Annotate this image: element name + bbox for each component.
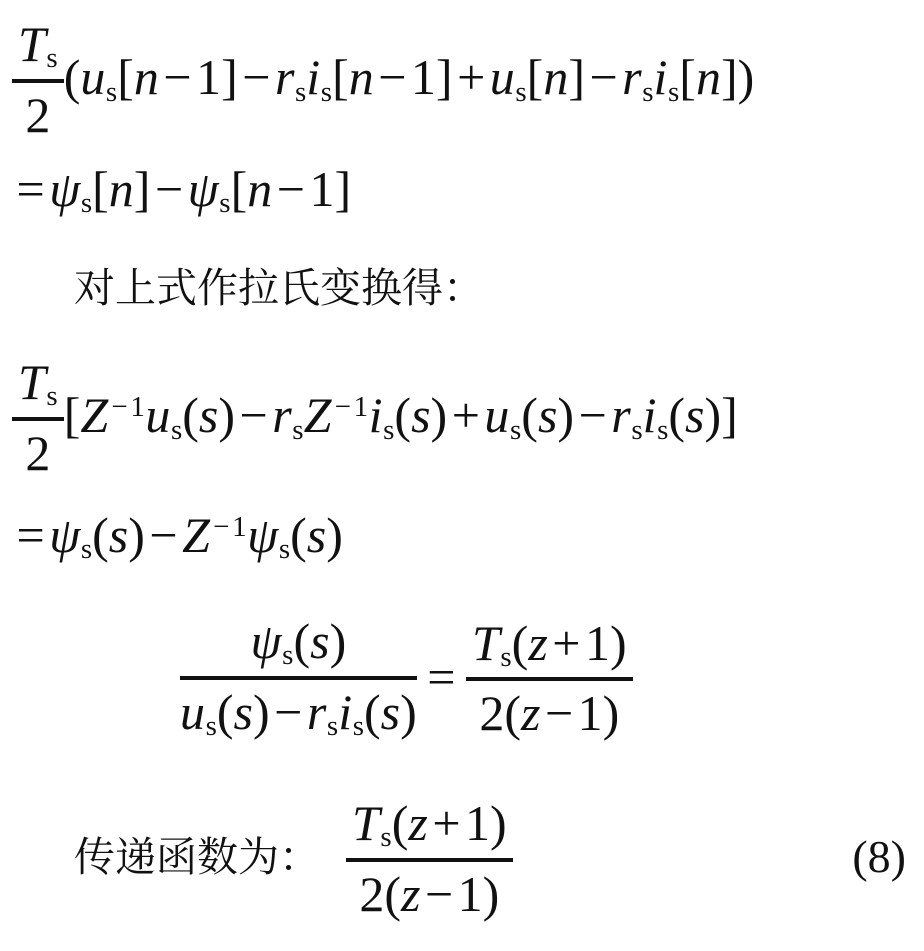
fraction-denominator: 2 [12, 421, 64, 481]
math-expression: =ψs(s)−Z−1ψs(s) [12, 505, 343, 567]
fraction-denominator: 2(z−1) [466, 681, 633, 741]
fraction-denominator: 2(z−1) [346, 862, 513, 922]
math-expression: (us[n−1]−rsis[n−1]+us[n]−rsis[n]) [64, 47, 755, 109]
fraction-numerator: Ts(z+1) [346, 793, 513, 862]
fraction-transfer-function: Ts(z+1) 2(z−1) [346, 793, 513, 922]
document-page: Ts 2 (us[n−1]−rsis[n−1]+us[n]−rsis[n]) =… [0, 0, 924, 951]
transfer-function-line: 传递函数为： Ts(z+1) 2(z−1) (8) [74, 793, 924, 922]
equals-sign: = [423, 647, 460, 707]
math-expression: =ψs[n]−ψs[n−1] [12, 159, 351, 221]
fraction-tustin: Ts(z+1) 2(z−1) [466, 613, 633, 742]
fraction-numerator: Ts(z+1) [466, 613, 633, 682]
laplace-transform-note: 对上式作拉氏变换得： [74, 267, 924, 310]
equation-1-line-1: Ts 2 (us[n−1]−rsis[n−1]+us[n]−rsis[n]) [12, 14, 924, 143]
fraction-flux-ratio: ψs(s) us(s)−rsis(s) [180, 611, 417, 743]
fraction-numerator: ψs(s) [180, 611, 417, 680]
equation-number-8: (8) [852, 832, 906, 883]
fraction-denominator: us(s)−rsis(s) [180, 680, 417, 743]
fraction-numerator: Ts [12, 14, 64, 83]
transfer-function-label: 传递函数为： [74, 836, 320, 879]
fraction-denominator: 2 [12, 83, 64, 143]
equation-3: ψs(s) us(s)−rsis(s) = Ts(z+1) 2(z−1) [180, 611, 924, 743]
math-expression: [Z−1us(s)−rsZ−1is(s)+us(s)−rsis(s)] [64, 385, 738, 447]
equation-2-line-1: Ts 2 [Z−1us(s)−rsZ−1is(s)+us(s)−rsis(s)] [12, 352, 924, 481]
fraction-ts-over-2: Ts 2 [12, 352, 64, 481]
equation-2-line-2: =ψs(s)−Z−1ψs(s) [12, 505, 924, 567]
fraction-ts-over-2: Ts 2 [12, 14, 64, 143]
fraction-numerator: Ts [12, 352, 64, 421]
equation-1-line-2: =ψs[n]−ψs[n−1] [12, 159, 924, 221]
